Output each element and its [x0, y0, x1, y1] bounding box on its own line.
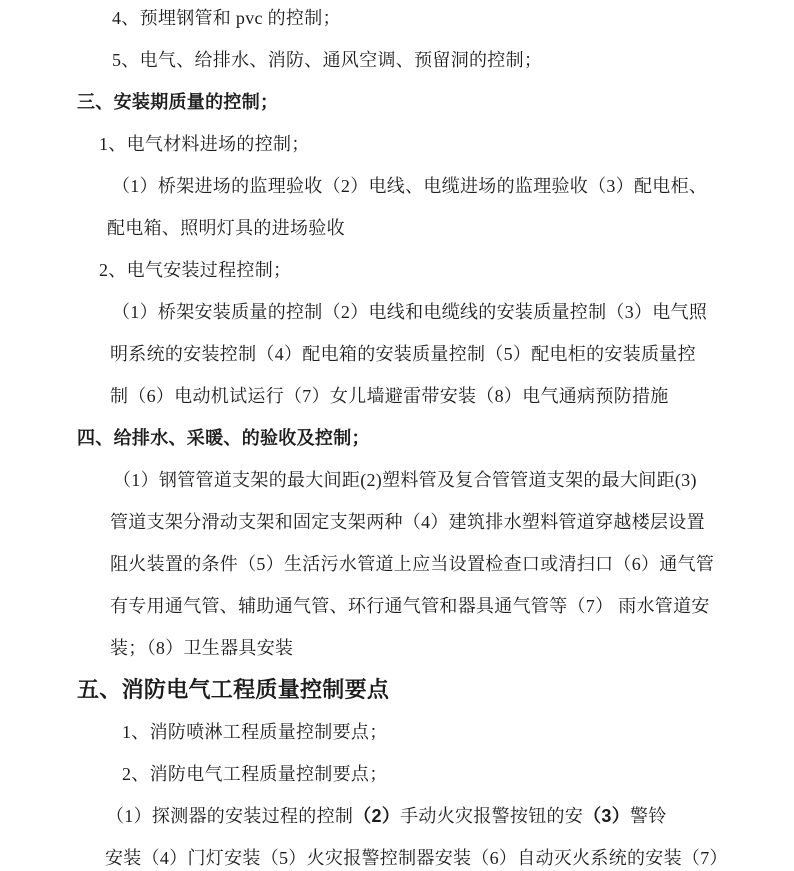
document-lines: 4、预埋钢管和 pvc 的控制；5、电气、给排水、消防、通风空调、预留洞的控制；… — [0, 0, 794, 871]
section-heading: 四、给排水、采暖、的验收及控制； — [0, 417, 794, 459]
text-line: 安装（4）门灯安装（5）火灾报警控制器安装（6）自动灭火系统的安装（7） — [0, 837, 794, 871]
text-line: 管道支架分滑动支架和固定支架两种（4）建筑排水塑料管道穿越楼层设置 — [0, 501, 794, 543]
text-line: （1）桥架进场的监理验收（2）电线、电缆进场的监理验收（3）配电柜、 — [0, 165, 794, 207]
text-line: 配电箱、照明灯具的进场验收 — [0, 207, 794, 249]
text-line: （1）钢管管道支架的最大间距(2)塑料管及复合管管道支架的最大间距(3) — [0, 459, 794, 501]
text-line: （1）桥架安装质量的控制（2）电线和电缆线的安装质量控制（3）电气照 — [0, 291, 794, 333]
text-line: 1、消防喷淋工程质量控制要点； — [0, 711, 794, 753]
text-line: 装；（8）卫生器具安装 — [0, 627, 794, 669]
text-line: （1）探测器的安装过程的控制（2）手动火灾报警按钮的安（3）警铃 — [0, 795, 794, 837]
text-segment: 警铃 — [630, 806, 667, 826]
text-line: 1、电气材料进场的控制； — [0, 123, 794, 165]
text-segment: 手动火灾报警按钮的安 — [400, 806, 583, 826]
text-segment: （1）探测器的安装过程的控制 — [106, 806, 353, 826]
text-line: 2、消防电气工程质量控制要点； — [0, 753, 794, 795]
text-line: 4、预埋钢管和 pvc 的控制； — [0, 0, 794, 39]
text-line: 明系统的安装控制（4）配电箱的安装质量控制（5）配电柜的安装质量控 — [0, 333, 794, 375]
section-heading: 三、安装期质量的控制； — [0, 81, 794, 123]
text-line: 制（6）电动机试运行（7）女儿墙避雷带安装（8）电气通病预防措施 — [0, 375, 794, 417]
section-heading: 五、消防电气工程质量控制要点 — [0, 669, 794, 711]
text-line: 2、电气安装过程控制； — [0, 249, 794, 291]
text-line: 阻火装置的条件（5）生活污水管道上应当设置检查口或清扫口（6）通气管 — [0, 543, 794, 585]
bold-text-segment: （3） — [583, 806, 630, 826]
text-line: 有专用通气管、辅助通气管、环行通气管和器具通气管等（7） 雨水管道安 — [0, 585, 794, 627]
text-line: 5、电气、给排水、消防、通风空调、预留洞的控制； — [0, 39, 794, 81]
document-page: 4、预埋钢管和 pvc 的控制；5、电气、给排水、消防、通风空调、预留洞的控制；… — [0, 0, 794, 871]
bold-text-segment: （2） — [353, 806, 400, 826]
